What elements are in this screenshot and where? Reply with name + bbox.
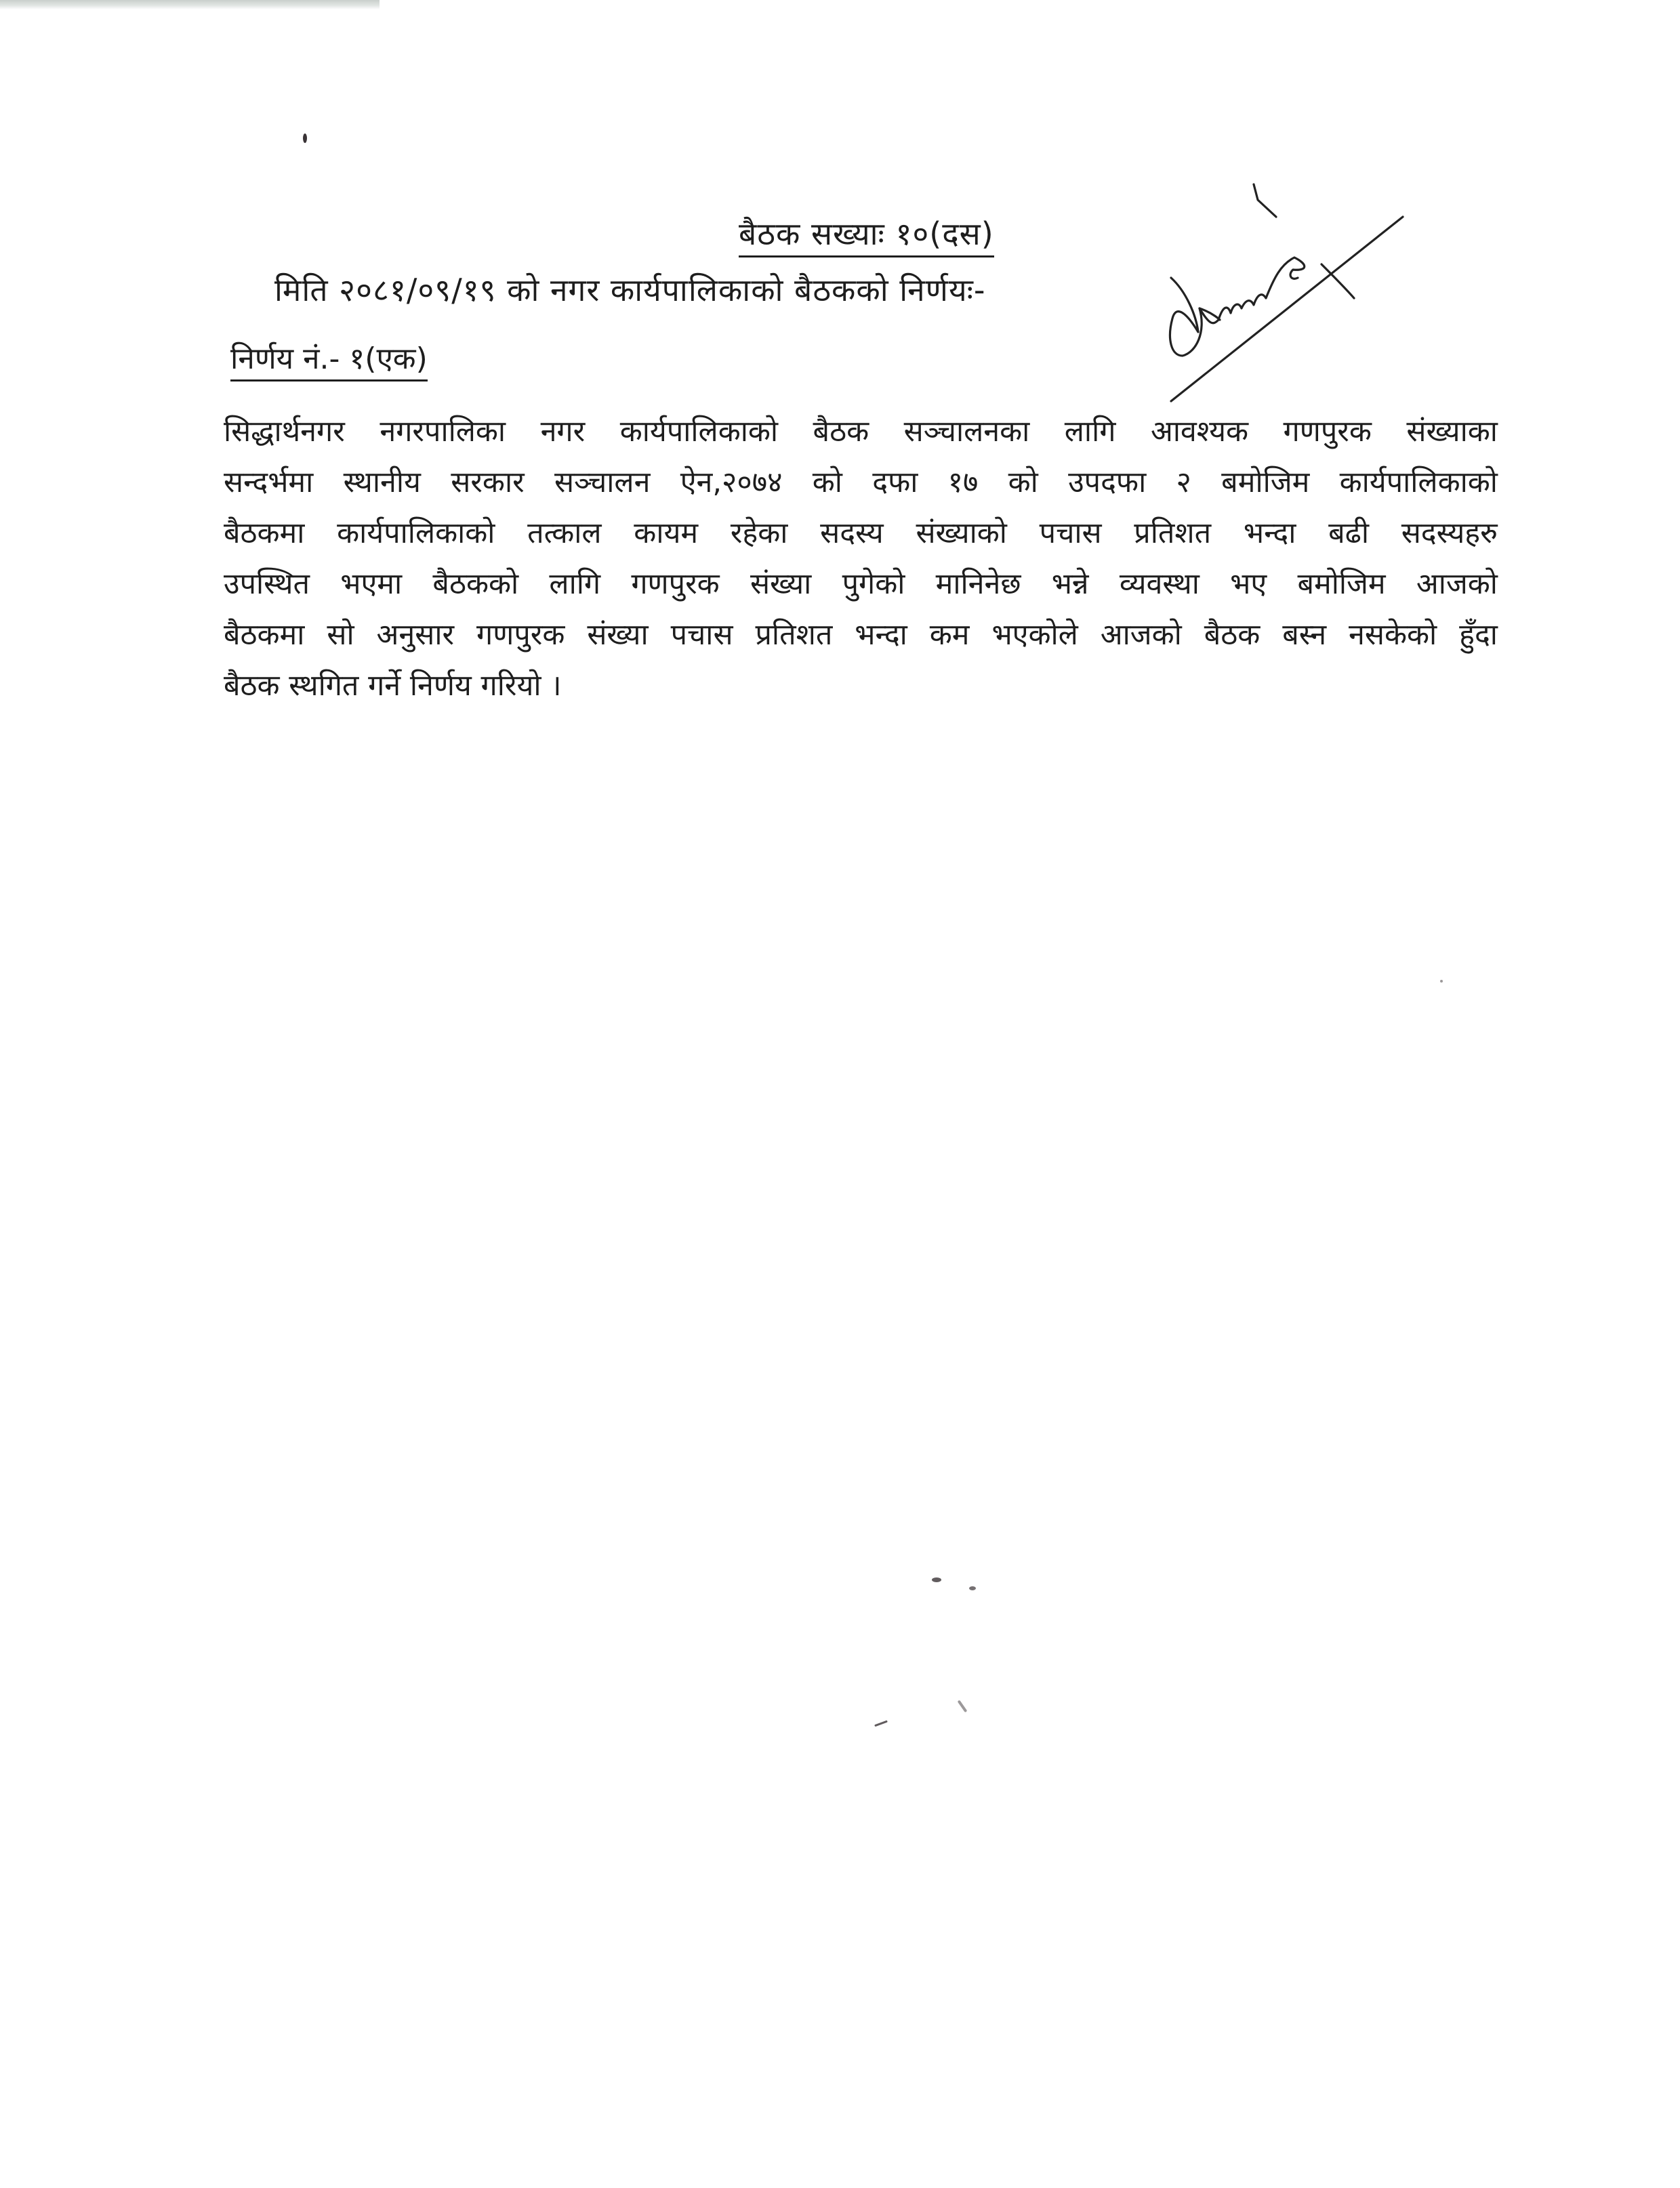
body-word: बमोजिम	[1297, 559, 1385, 610]
body-word: आजको	[1101, 610, 1182, 661]
body-word: अनुसार	[377, 610, 455, 661]
body-word: मानिनेछ	[936, 559, 1021, 610]
body-word: पचास	[1040, 508, 1102, 559]
body-word: को	[1008, 457, 1038, 508]
body-word: बैठकको	[432, 559, 518, 610]
body-word: रहेका	[731, 508, 788, 559]
body-word: नगरपालिका	[380, 407, 506, 457]
signature-icon	[1111, 169, 1416, 407]
body-word: भन्ने	[1052, 559, 1089, 610]
scan-speck	[874, 1720, 888, 1727]
body-word: गणपुरक	[1284, 407, 1372, 457]
body-word: गणपुरक	[476, 610, 565, 661]
body-word: कार्यपालिकाको	[1340, 457, 1498, 508]
body-word: सन्दर्भमा	[224, 457, 313, 508]
body-word: पचास	[671, 610, 733, 661]
body-word: संख्याका	[1406, 407, 1497, 457]
body-word: कम	[930, 610, 970, 661]
body-word: व्यवस्था	[1120, 559, 1200, 610]
body-word: तत्काल	[527, 508, 601, 559]
body-line: उपस्थितभएमाबैठककोलागिगणपुरकसंख्यापुगेकोम…	[224, 559, 1498, 610]
body-word: दफा	[872, 457, 918, 508]
body-word: को	[813, 457, 842, 508]
body-line: बैठकमाकार्यपालिकाकोतत्कालकायमरहेकासदस्यस…	[224, 508, 1498, 559]
body-word: संख्याको	[916, 508, 1006, 559]
body-word: गणपुरक	[631, 559, 719, 610]
body-word: २	[1176, 457, 1191, 508]
meeting-number-heading: बैठक सख्याः १०(दस)	[739, 213, 994, 257]
scan-edge-artifact	[0, 0, 380, 9]
body-word: संख्या	[587, 610, 648, 661]
body-word: पुगेको	[842, 559, 905, 610]
body-word: हुँदा	[1459, 610, 1498, 661]
scan-speck	[1440, 980, 1443, 983]
body-line: बैठकमासोअनुसारगणपुरकसंख्यापचासप्रतिशतभन्…	[224, 610, 1498, 661]
scan-speck	[969, 1586, 976, 1590]
body-word: बमोजिम	[1221, 457, 1309, 508]
body-word: भन्दा	[1244, 508, 1296, 559]
body-word: सञ्चालन	[554, 457, 650, 508]
body-word: बढी	[1328, 508, 1369, 559]
body-word: बैठक	[1204, 610, 1261, 661]
decision-title: मिति २०८१/०९/१९ को नगर कार्यपालिकाको बैठ…	[274, 270, 986, 310]
body-word: उपदफा	[1068, 457, 1146, 508]
body-word: ऐन,२०७४	[680, 457, 783, 508]
body-word: नगर	[541, 407, 586, 457]
body-line: सिद्धार्थनगरनगरपालिकानगरकार्यपालिकाकोबैठ…	[224, 407, 1498, 457]
scan-speck	[932, 1577, 941, 1582]
body-word: बैठकमा	[224, 610, 304, 661]
body-word: बैठकमा	[224, 508, 304, 559]
body-word: स्थानीय	[344, 457, 421, 508]
body-word: भए	[1230, 559, 1267, 610]
body-word: आवश्यक	[1151, 407, 1248, 457]
body-line: बैठक स्थगित गर्ने निर्णय गरियो ।	[224, 661, 1498, 711]
body-word: सदस्य	[820, 508, 884, 559]
body-word: आजको	[1416, 559, 1498, 610]
scan-speck	[303, 133, 307, 143]
scan-speck	[958, 1700, 968, 1713]
body-word: कार्यपालिकाको	[337, 508, 495, 559]
body-word: प्रतिशत	[1134, 508, 1211, 559]
body-word: लागि	[549, 559, 600, 610]
body-word: भएकोले	[991, 610, 1078, 661]
body-word: संख्या	[750, 559, 811, 610]
body-word: भन्दा	[855, 610, 907, 661]
body-word: सिद्धार्थनगर	[224, 407, 345, 457]
body-word: सदस्यहरु	[1401, 508, 1498, 559]
body-word: उपस्थित	[224, 559, 310, 610]
body-word: नसकेको	[1349, 610, 1437, 661]
decision-number-heading: निर्णय नं.- १(एक)	[230, 340, 428, 381]
decision-body: सिद्धार्थनगरनगरपालिकानगरकार्यपालिकाकोबैठ…	[224, 407, 1498, 711]
body-word: कार्यपालिकाको	[620, 407, 778, 457]
body-word: सरकार	[451, 457, 524, 508]
body-word: बस्न	[1282, 610, 1326, 661]
body-word: सो	[327, 610, 354, 661]
body-word: १७	[948, 457, 979, 508]
body-word: कायम	[634, 508, 698, 559]
body-word: प्रतिशत	[755, 610, 832, 661]
body-line: सन्दर्भमास्थानीयसरकारसञ्चालनऐन,२०७४कोदफा…	[224, 457, 1498, 508]
body-word: बैठक	[813, 407, 869, 457]
body-word: लागि	[1065, 407, 1116, 457]
body-word: सञ्चालनका	[904, 407, 1030, 457]
body-word: भएमा	[340, 559, 402, 610]
